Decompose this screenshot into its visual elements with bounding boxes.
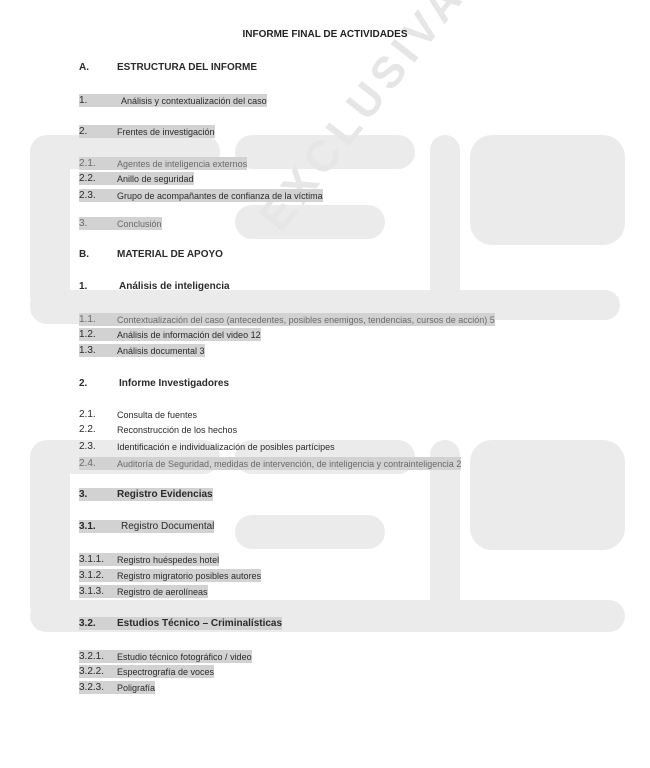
toc-item: 2.3. Grupo de acompañantes de confianza …: [79, 189, 323, 202]
toc-item: 2. Frentes de investigación: [79, 125, 215, 138]
subsection-heading: 3.1. Registro Documental: [79, 520, 214, 533]
subsection-heading: 1. Análisis de inteligencia: [79, 280, 230, 293]
toc-item: 2.2. Anillo de seguridad: [79, 172, 194, 185]
toc-item: 3.1.3. Registro de aerolíneas: [79, 585, 208, 598]
toc-item: 3.1.1. Registro huéspedes hotel: [79, 553, 219, 566]
subsection-heading: 3.2. Estudios Técnico – Criminalísticas: [79, 617, 282, 630]
toc-item: 2.4. Auditoría de Seguridad, medidas de …: [79, 457, 461, 470]
subsection-heading: 2. Informe Investigadores: [79, 377, 229, 390]
toc-item: 3.2.2. Espectrografía de voces: [79, 665, 214, 678]
toc-item: 2.3. Identificación e individualización …: [79, 440, 335, 453]
document-title: INFORME FINAL DE ACTIVIDADES: [0, 29, 650, 40]
toc-item: 2.2. Reconstrucción de los hechos: [79, 423, 237, 436]
toc-item: 1.2. Análisis de información del video 1…: [79, 328, 261, 341]
toc-item: 3.1.2. Registro migratorio posibles auto…: [79, 569, 261, 582]
toc-item: 1. Análisis y contextualización del caso: [79, 94, 267, 107]
document-page: INFORME FINAL DE ACTIVIDADES A. ESTRUCTU…: [0, 0, 650, 768]
toc-item: 3. Conclusión: [79, 217, 162, 230]
toc-item: 2.1. Consulta de fuentes: [79, 408, 197, 421]
subsection-heading: 3. Registro Evidencias: [79, 488, 213, 501]
toc-item: 3.2.3. Poligrafía: [79, 681, 155, 694]
toc-item: 2.1. Agentes de inteligencia externos: [79, 157, 247, 170]
section-b-heading: B. MATERIAL DE APOYO: [79, 248, 223, 261]
section-a-heading: A. ESTRUCTURA DEL INFORME: [79, 61, 257, 74]
toc-item: 1.1. Contextualización del caso (anteced…: [79, 313, 495, 326]
toc-item: 1.3. Análisis documental 3: [79, 344, 205, 357]
toc-item: 3.2.1. Estudio técnico fotográfico / vid…: [79, 650, 252, 663]
